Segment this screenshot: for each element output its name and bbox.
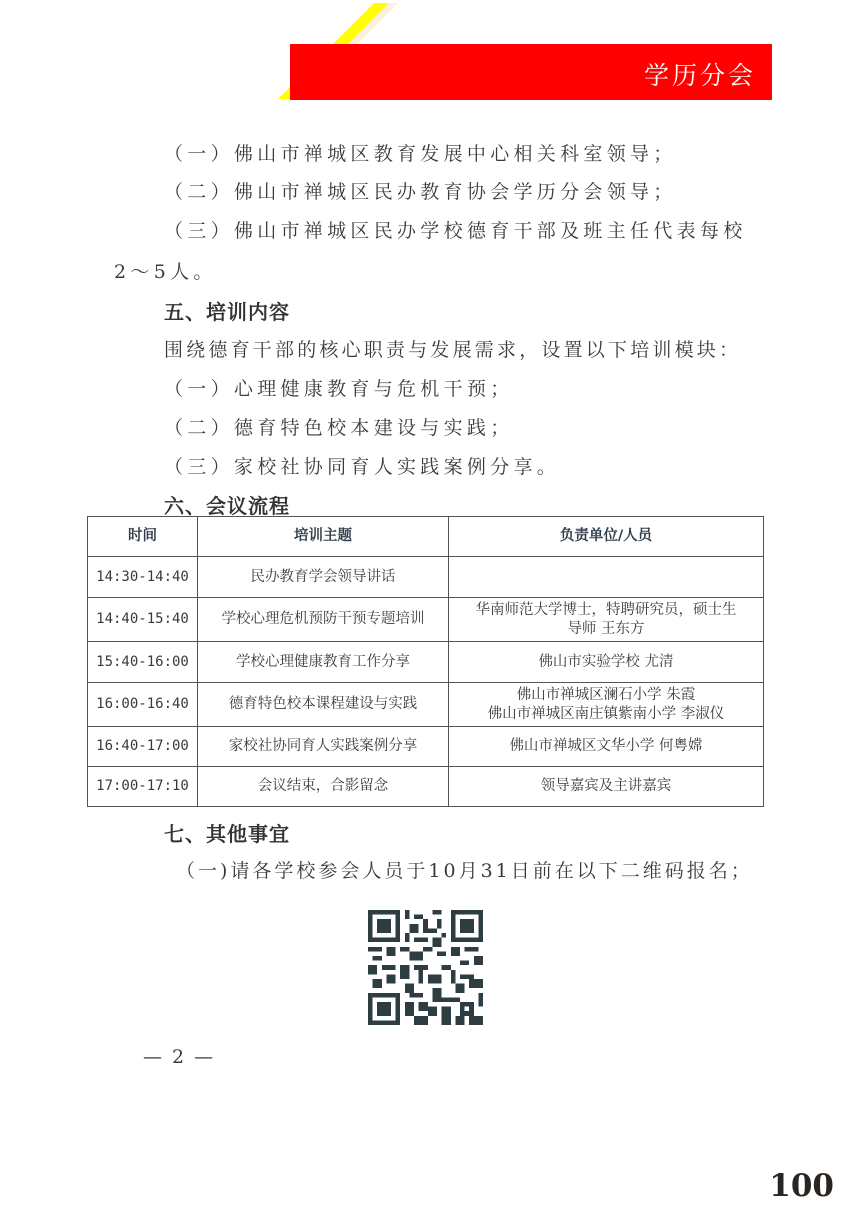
- column-header-owner: 负责单位/人员: [449, 517, 764, 557]
- table-row: 17:00-17:10 会议结束，合影留念 领导嘉宾及主讲嘉宾: [88, 767, 764, 807]
- qr-code-icon[interactable]: [368, 910, 483, 1025]
- other-item-1: （一)请各学校参会人员于10月31日前在以下二维码报名；: [176, 856, 753, 883]
- training-item-1: （一）心理健康教育与危机干预；: [164, 374, 514, 401]
- cell-owner-line-2: 导师 王东方: [453, 620, 759, 639]
- column-header-topic: 培训主题: [198, 517, 449, 557]
- book-page-number: 100: [769, 1168, 834, 1204]
- attendee-item-3: （三）佛山市禅城区民办学校德育干部及班主任代表每校: [164, 216, 747, 243]
- section-heading-agenda: 六、会议流程: [164, 490, 290, 519]
- training-intro: 围绕德育干部的核心职责与发展需求，设置以下培训模块：: [164, 335, 741, 362]
- cell-owner: 华南师范大学博士，特聘研究员，硕士生 导师 王东方: [449, 598, 764, 642]
- agenda-table: 时间 培训主题 负责单位/人员 14:30-14:40 民办教育学会领导讲话 1…: [87, 516, 764, 807]
- attendee-item-3-cont: 2～5人。: [114, 257, 217, 284]
- cell-topic: 家校社协同育人实践案例分享: [198, 727, 449, 767]
- cell-time: 15:40-16:00: [88, 642, 198, 683]
- cell-owner: [449, 557, 764, 598]
- cell-owner: 佛山市禅城区文华小学 何粤嫦: [449, 727, 764, 767]
- training-item-3: （三）家校社协同育人实践案例分享。: [164, 452, 560, 479]
- cell-topic: 会议结束，合影留念: [198, 767, 449, 807]
- section-heading-other-matters: 七、其他事宜: [164, 818, 290, 847]
- table-row: 14:30-14:40 民办教育学会领导讲话: [88, 557, 764, 598]
- training-item-2: （二）德育特色校本建设与实践；: [164, 413, 514, 440]
- cell-owner-line-2: 佛山市禅城区南庄镇紫南小学 李淑仪: [453, 705, 759, 724]
- cell-topic: 民办教育学会领导讲话: [198, 557, 449, 598]
- cell-time: 16:40-17:00: [88, 727, 198, 767]
- table-header-row: 时间 培训主题 负责单位/人员: [88, 517, 764, 557]
- page-marker: — 2 —: [143, 1046, 215, 1068]
- cell-owner: 佛山市禅城区澜石小学 朱霞 佛山市禅城区南庄镇紫南小学 李淑仪: [449, 683, 764, 727]
- cell-topic: 学校心理危机预防干预专题培训: [198, 598, 449, 642]
- cell-topic: 德育特色校本课程建设与实践: [198, 683, 449, 727]
- table-row: 15:40-16:00 学校心理健康教育工作分享 佛山市实验学校 尤清: [88, 642, 764, 683]
- attendee-item-1: （一）佛山市禅城区教育发展中心相关科室领导；: [164, 139, 677, 166]
- table-row: 14:40-15:40 学校心理危机预防干预专题培训 华南师范大学博士，特聘研究…: [88, 598, 764, 642]
- section-heading-training-content: 五、培训内容: [164, 296, 290, 325]
- table-row: 16:00-16:40 德育特色校本课程建设与实践 佛山市禅城区澜石小学 朱霞 …: [88, 683, 764, 727]
- section-banner: 学历分会: [290, 44, 772, 100]
- attendee-item-2: （二）佛山市禅城区民办教育协会学历分会领导；: [164, 177, 677, 204]
- cell-time: 14:30-14:40: [88, 557, 198, 598]
- banner-title: 学历分会: [644, 56, 756, 92]
- cell-time: 17:00-17:10: [88, 767, 198, 807]
- cell-owner-line-1: 华南师范大学博士，特聘研究员，硕士生: [453, 601, 759, 620]
- column-header-time: 时间: [88, 517, 198, 557]
- cell-owner-line-1: 佛山市禅城区澜石小学 朱霞: [453, 686, 759, 705]
- cell-owner: 领导嘉宾及主讲嘉宾: [449, 767, 764, 807]
- cell-time: 14:40-15:40: [88, 598, 198, 642]
- cell-owner: 佛山市实验学校 尤清: [449, 642, 764, 683]
- cell-topic: 学校心理健康教育工作分享: [198, 642, 449, 683]
- cell-time: 16:00-16:40: [88, 683, 198, 727]
- table-row: 16:40-17:00 家校社协同育人实践案例分享 佛山市禅城区文华小学 何粤嫦: [88, 727, 764, 767]
